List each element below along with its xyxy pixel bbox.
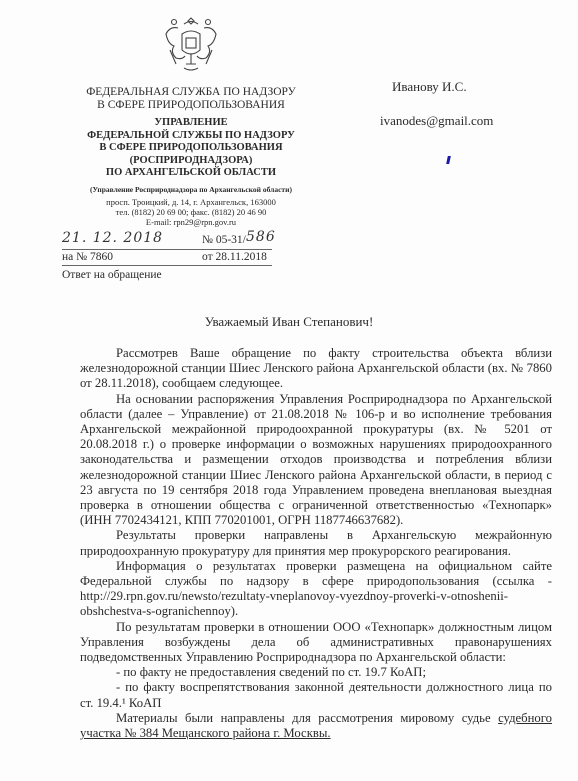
subject-line: Ответ на обращение xyxy=(62,269,162,281)
divider xyxy=(62,249,272,250)
russian-coat-of-arms-icon xyxy=(160,14,222,74)
letter-body: Рассмотрев Ваше обращение по факту строи… xyxy=(80,346,552,741)
handwritten-number: 586 xyxy=(246,229,276,245)
paragraph-5: По результатам проверки в отношении ООО … xyxy=(80,620,552,666)
agency-email: E-mail: rpn29@rpn.gov.ru xyxy=(60,217,322,227)
paragraph-6: Материалы были направлены для рассмотрен… xyxy=(80,711,552,741)
dept-line: УПРАВЛЕНИЕ xyxy=(60,117,322,130)
divider xyxy=(62,265,272,266)
recipient-name: Иванову И.С. xyxy=(392,79,467,95)
outgoing-number-prefix: № 05-31/ xyxy=(202,234,246,246)
agency-name: ФЕДЕРАЛЬНАЯ СЛУЖБА ПО НАДЗОРУ В СФЕРЕ ПР… xyxy=(60,86,322,112)
recipient-email: ivanodes@gmail.com xyxy=(380,113,493,129)
handwritten-date: 21. 12. 2018 xyxy=(62,230,163,246)
address: просп. Троицкий, д. 14, г. Архангельск, … xyxy=(60,197,322,207)
reference-date: от 28.11.2018 xyxy=(202,251,267,263)
reference-number: на № 7860 xyxy=(62,251,113,263)
department-short-name: (Управление Росприроднадзора по Архангел… xyxy=(60,183,322,196)
violation-list-item: - по факту не предоставления сведений по… xyxy=(80,665,552,680)
greeting: Уважаемый Иван Степанович! xyxy=(0,314,578,330)
paragraph-4: Информация о результатах проверки размещ… xyxy=(80,559,552,620)
agency-line-1: ФЕДЕРАЛЬНАЯ СЛУЖБА ПО НАДЗОРУ xyxy=(60,86,322,99)
violation-list-item: - по факту воспрепятствования законной д… xyxy=(80,680,552,710)
department-name: УПРАВЛЕНИЕ ФЕДЕРАЛЬНОЙ СЛУЖБЫ ПО НАДЗОРУ… xyxy=(60,117,322,180)
paragraph-2: На основании распоряжения Управления Рос… xyxy=(80,392,552,529)
pen-mark xyxy=(446,156,451,164)
dept-line: ПО АРХАНГЕЛЬСКОЙ ОБЛАСТИ xyxy=(60,167,322,180)
dept-line: В СФЕРЕ ПРИРОДОПОЛЬЗОВАНИЯ xyxy=(60,142,322,155)
dept-line: ФЕДЕРАЛЬНОЙ СЛУЖБЫ ПО НАДЗОРУ xyxy=(60,130,322,143)
paragraph-6-text: Материалы были направлены для рассмотрен… xyxy=(116,711,498,725)
paragraph-1: Рассмотрев Ваше обращение по факту строи… xyxy=(80,346,552,392)
phone: тел. (8182) 20 69 00; факс. (8182) 20 46… xyxy=(60,207,322,217)
agency-line-2: В СФЕРЕ ПРИРОДОПОЛЬЗОВАНИЯ xyxy=(60,99,322,112)
contact-block: просп. Троицкий, д. 14, г. Архангельск, … xyxy=(60,197,322,227)
dept-line: (РОСПРИРОДНАДЗОРА) xyxy=(60,155,322,168)
paragraph-3: Результаты проверки направлены в Арханге… xyxy=(80,528,552,558)
